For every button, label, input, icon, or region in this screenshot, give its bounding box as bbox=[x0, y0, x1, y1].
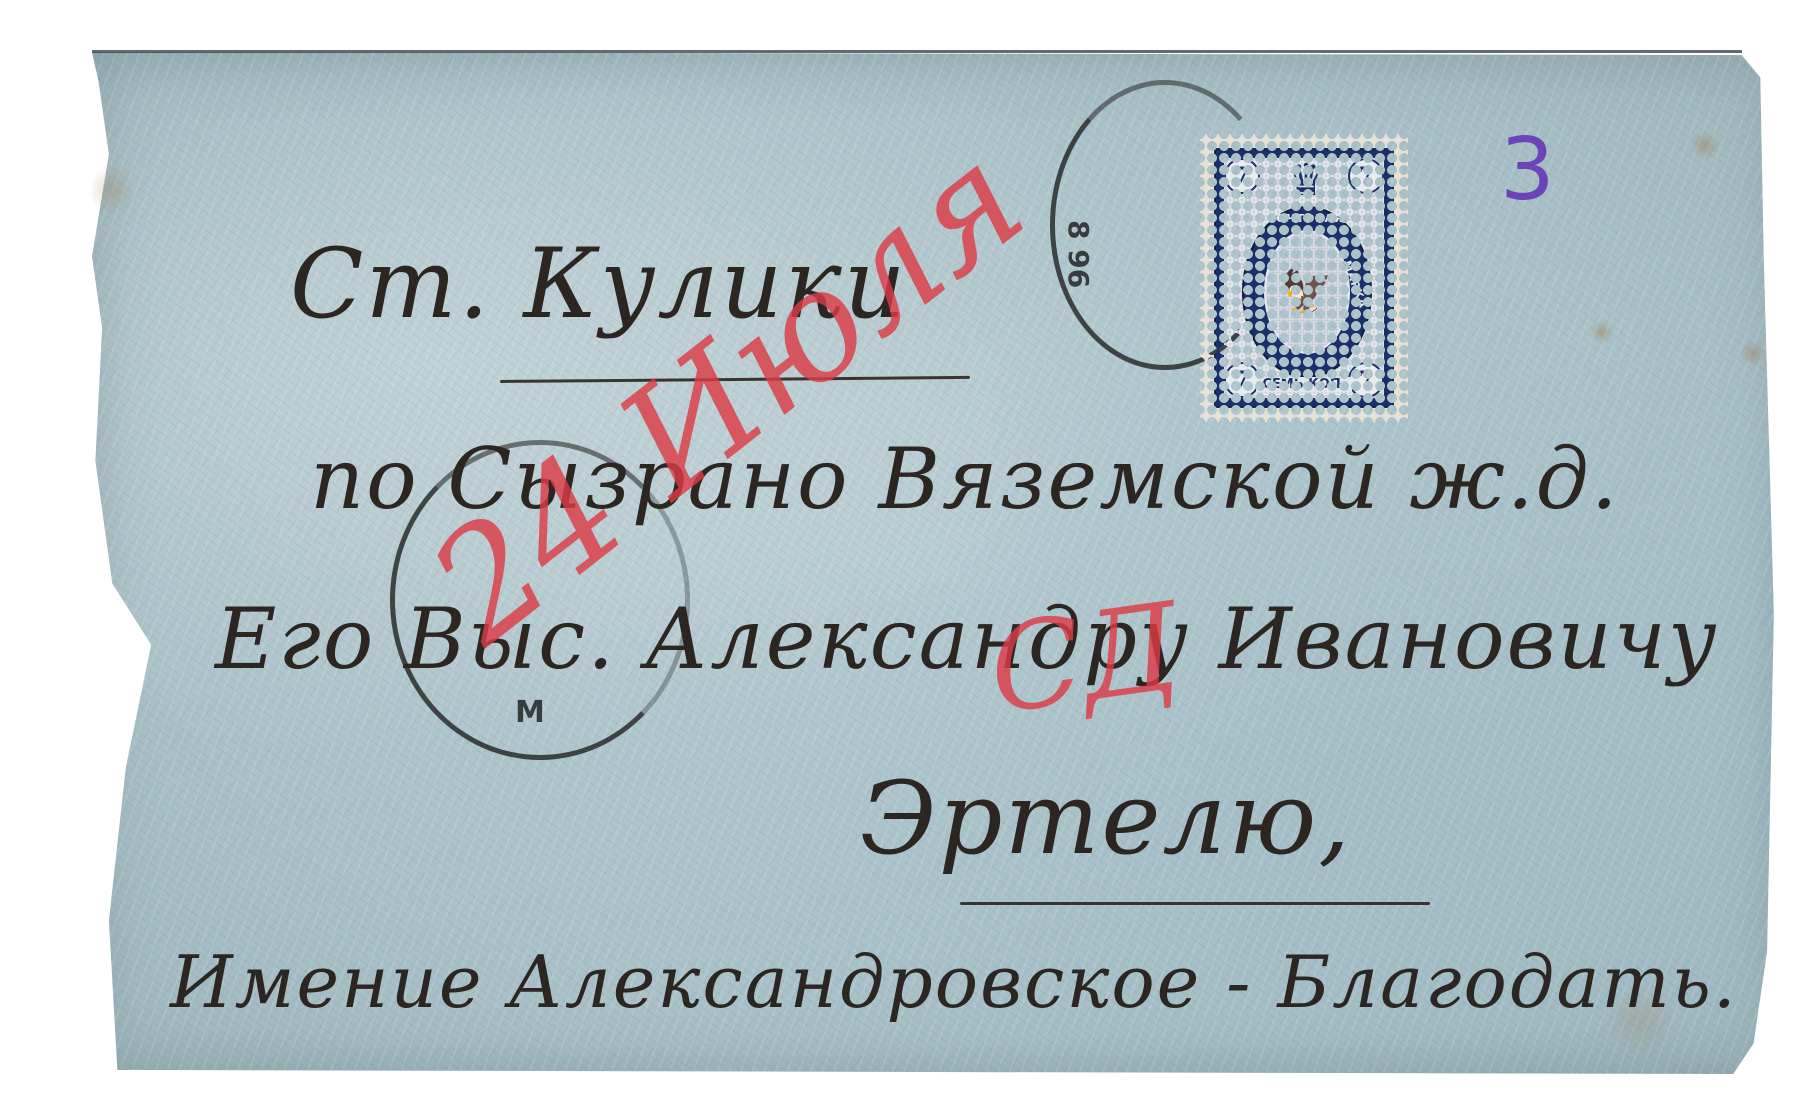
address-line-3: Его Выс. Александру Ивановичу bbox=[215, 590, 1719, 688]
postmark-left-text: М bbox=[515, 695, 545, 730]
postmark-top-date: 8 96 bbox=[1062, 220, 1095, 288]
stamp-oval-inner: 🦅 bbox=[1264, 230, 1350, 354]
stain bbox=[1740, 340, 1766, 366]
red-crayon-mark: СД bbox=[981, 577, 1188, 741]
address-line-4: Эртелю, bbox=[860, 760, 1352, 877]
postage-stamp: ♛ ПОЧТОВАЯ МАРКА 🦅 7 7 7 7 СЕМЬ КОП. bbox=[1200, 134, 1408, 422]
stamp-top-text: ПОЧТОВАЯ bbox=[1266, 212, 1344, 225]
address-line-5: Имение Александровское - Благодать. bbox=[170, 940, 1738, 1024]
double-headed-eagle-icon: 🦅 bbox=[1266, 270, 1348, 314]
purple-pencil-number: 3 bbox=[1500, 120, 1555, 220]
stamp-frame: ♛ ПОЧТОВАЯ МАРКА 🦅 7 7 7 7 СЕМЬ КОП. bbox=[1214, 148, 1394, 408]
corner-numeral: 7 bbox=[1224, 158, 1260, 194]
corner-numeral: 7 bbox=[1348, 158, 1384, 194]
corner-numeral: 7 bbox=[1224, 362, 1260, 398]
stain bbox=[1590, 320, 1614, 344]
envelope-top-edge bbox=[92, 50, 1742, 53]
crown-icon: ♛ bbox=[1274, 156, 1338, 206]
stain bbox=[1690, 130, 1720, 160]
stamp-oval: ПОЧТОВАЯ МАРКА 🦅 bbox=[1242, 206, 1372, 378]
address-underline-4 bbox=[960, 902, 1430, 905]
stain bbox=[92, 160, 132, 220]
stamp-value: СЕМЬ КОП. bbox=[1256, 377, 1352, 392]
corner-numeral: 7 bbox=[1348, 362, 1384, 398]
